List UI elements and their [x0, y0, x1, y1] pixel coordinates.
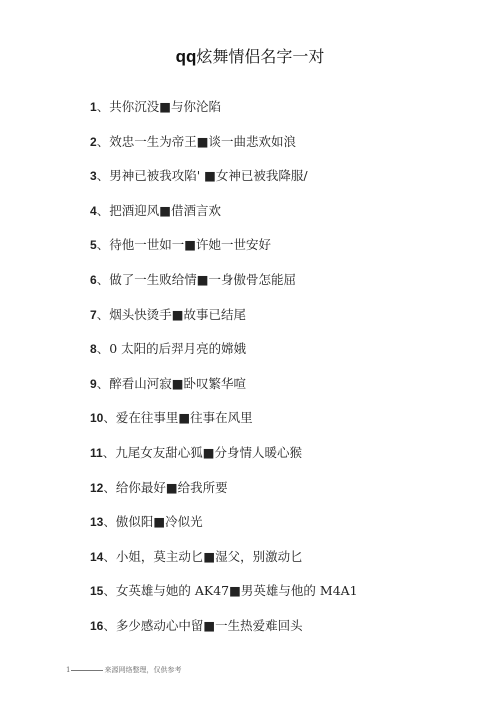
item-separator: 、: [103, 549, 116, 564]
item-separator: 、: [97, 376, 110, 391]
list-item: 15、女英雄与她的 AK47■男英雄与他的 M4A1: [90, 581, 470, 616]
list-item: 6、做了一生败给情■一身傲骨怎能屈: [90, 270, 470, 305]
item-number: 13: [90, 515, 103, 529]
item-separator: 、: [103, 618, 116, 633]
item-number: 10: [90, 411, 103, 425]
list-item: 10、爱在往事里■往事在风里: [90, 408, 470, 443]
item-separator: 、: [103, 480, 116, 495]
item-number: 2: [90, 135, 97, 149]
list-item: 5、待他一世如一■许她一世安好: [90, 235, 470, 270]
title-prefix: qq: [176, 47, 197, 66]
list-item: 12、给你最好■给我所要: [90, 478, 470, 513]
item-separator: 、: [103, 410, 116, 425]
item-text: 做了一生败给情■一身傲骨怎能屈: [109, 272, 296, 287]
item-number: 5: [90, 238, 97, 252]
page-number: 1: [66, 666, 70, 674]
list-item: 4、把酒迎风■借酒言欢: [90, 201, 470, 236]
list-item: 3、男神已被我攻陷' ■女神已被我降服/: [90, 166, 470, 201]
item-separator: 、: [97, 272, 110, 287]
list-item: 11、九尾女友甜心狐■分身情人暖心猴: [90, 443, 470, 478]
item-text: 傲似阳■冷似光: [116, 514, 203, 529]
item-separator: 、: [97, 307, 110, 322]
item-text: 醉看山河寂■卧叹繁华喧: [109, 376, 246, 391]
item-separator: 、: [97, 341, 110, 356]
item-number: 16: [90, 619, 103, 633]
page-footer: 1来源网络整理，仅供参考: [66, 664, 181, 676]
item-number: 3: [90, 169, 97, 183]
document-page: qq炫舞情侣名字一对 1、共你沉没■与你沦陷 2、效忠一生为帝王■谈一曲悲欢如浪…: [0, 0, 500, 707]
item-number: 15: [90, 584, 103, 598]
item-number: 6: [90, 273, 97, 287]
footer-note: 来源网络整理，仅供参考: [104, 666, 181, 674]
list-item: 9、醉看山河寂■卧叹繁华喧: [90, 374, 470, 409]
item-separator: 、: [97, 237, 110, 252]
item-separator: 、: [97, 99, 110, 114]
list-item: 13、傲似阳■冷似光: [90, 512, 470, 547]
list-item: 14、小姐，莫主动匕■湿父，别激动匕: [90, 547, 470, 582]
list-item: 1、共你沉没■与你沦陷: [90, 97, 470, 132]
item-text: 待他一世如一■许她一世安好: [109, 237, 271, 252]
item-separator: 、: [103, 445, 116, 460]
item-number: 14: [90, 550, 103, 564]
item-text: 男神已被我攻陷' ■女神已被我降服/: [109, 168, 307, 183]
item-number: 8: [90, 342, 97, 356]
list-item: 16、多少感动心中留■一生热爱难回头: [90, 616, 470, 651]
item-separator: 、: [103, 583, 116, 598]
item-text: 给你最好■给我所要: [116, 480, 228, 495]
item-text: 烟头快烫手■故事已结尾: [109, 307, 246, 322]
item-text: 共你沉没■与你沦陷: [109, 99, 221, 114]
item-number: 11: [90, 446, 103, 460]
item-number: 7: [90, 308, 97, 322]
item-text: 女英雄与她的 AK47■男英雄与他的 M4A1: [116, 583, 358, 598]
name-pair-list: 1、共你沉没■与你沦陷 2、效忠一生为帝王■谈一曲悲欢如浪 3、男神已被我攻陷'…: [90, 97, 470, 651]
item-separator: 、: [97, 134, 110, 149]
footer-rule: [71, 670, 103, 671]
item-number: 9: [90, 377, 97, 391]
item-text: 0 太阳的后羿月亮的嫦娥: [109, 341, 246, 356]
item-separator: 、: [103, 514, 116, 529]
title-text: 炫舞情侣名字一对: [196, 47, 324, 66]
page-title: qq炫舞情侣名字一对: [0, 46, 500, 68]
item-number: 4: [90, 204, 97, 218]
item-text: 小姐，莫主动匕■湿父，别激动匕: [116, 549, 303, 564]
list-item: 2、效忠一生为帝王■谈一曲悲欢如浪: [90, 132, 470, 167]
item-number: 12: [90, 481, 103, 495]
item-text: 九尾女友甜心狐■分身情人暖心猴: [115, 445, 302, 460]
item-text: 把酒迎风■借酒言欢: [109, 203, 221, 218]
item-separator: 、: [97, 168, 110, 183]
item-text: 爱在往事里■往事在风里: [116, 410, 253, 425]
item-number: 1: [90, 100, 97, 114]
list-item: 7、烟头快烫手■故事已结尾: [90, 305, 470, 340]
list-item: 8、0 太阳的后羿月亮的嫦娥: [90, 339, 470, 374]
item-separator: 、: [97, 203, 110, 218]
item-text: 多少感动心中留■一生热爱难回头: [116, 618, 303, 633]
item-text: 效忠一生为帝王■谈一曲悲欢如浪: [109, 134, 296, 149]
